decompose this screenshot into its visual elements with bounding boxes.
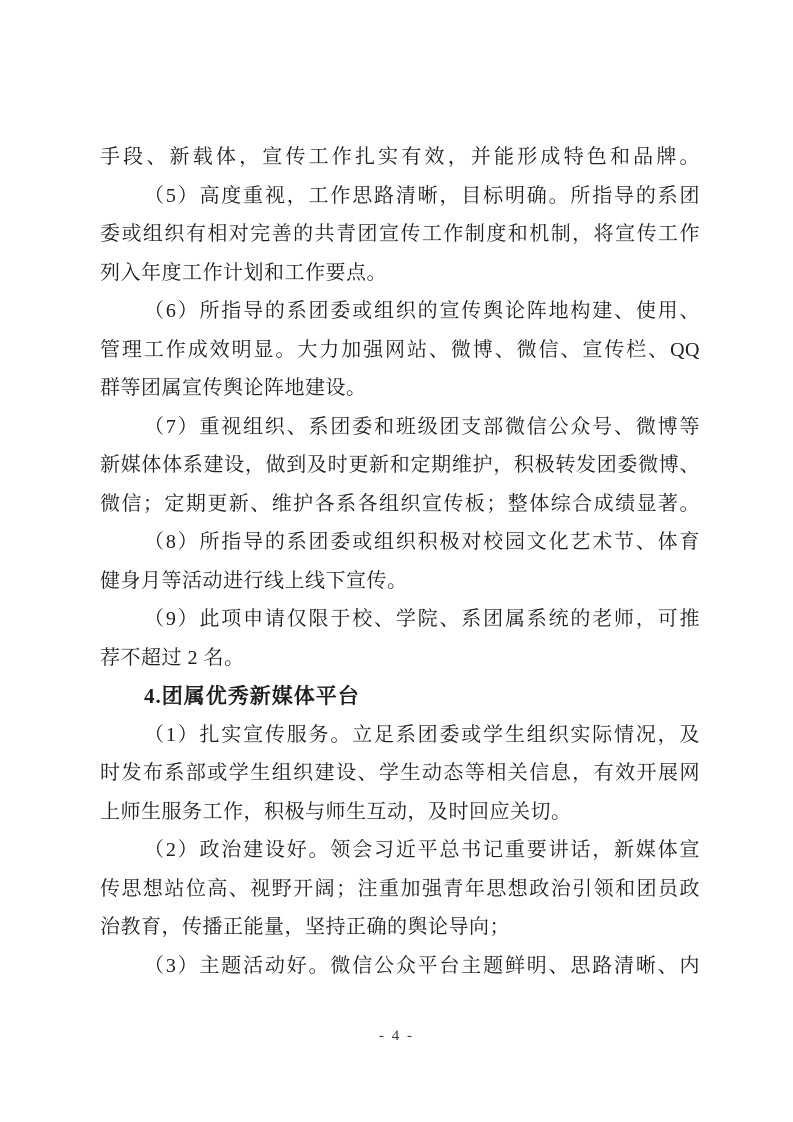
text-line: （5）高度重视，工作思路清晰，目标明确。所指导的系团 xyxy=(100,177,700,216)
text-line: 4.团属优秀新媒体平台 xyxy=(100,677,700,716)
text-line: 治教育，传播正能量，坚持正确的舆论导向； xyxy=(100,908,700,947)
paragraph: （7）重视组织、系团委和班级团支部微信公众号、微博等新媒体体系建设，做到及时更新… xyxy=(100,408,700,524)
text-line: 健身月等活动进行线上线下宣传。 xyxy=(100,562,700,601)
text-line: （8）所指导的系团委或组织积极对校园文化艺术节、体育 xyxy=(100,523,700,562)
text-line: 手段、新载体，宣传工作扎实有效，并能形成特色和品牌。 xyxy=(100,138,700,177)
text-line: （7）重视组织、系团委和班级团支部微信公众号、微博等 xyxy=(100,408,700,447)
paragraph: （6）所指导的系团委或组织的宣传舆论阵地构建、使用、管理工作成效明显。大力加强网… xyxy=(100,292,700,408)
text-line: 管理工作成效明显。大力加强网站、微博、微信、宣传栏、QQ xyxy=(100,331,700,370)
text-line: 传思想站位高、视野开阔；注重加强青年思想政治引领和团员政 xyxy=(100,870,700,909)
text-line: （9）此项申请仅限于校、学院、系团属系统的老师，可推 xyxy=(100,600,700,639)
text-line: 委或组织有相对完善的共青团宣传工作制度和机制，将宣传工作 xyxy=(100,215,700,254)
text-line: 微信；定期更新、维护各系各组织宣传板；整体综合成绩显著。 xyxy=(100,485,700,524)
paragraph: 手段、新载体，宣传工作扎实有效，并能形成特色和品牌。 xyxy=(100,138,700,177)
paragraph: （3）主题活动好。微信公众平台主题鲜明、思路清晰、内 xyxy=(100,947,700,986)
text-line: 时发布系部或学生组织建设、学生动态等相关信息，有效开展网 xyxy=(100,754,700,793)
text-line: （2）政治建设好。领会习近平总书记重要讲话，新媒体宣 xyxy=(100,831,700,870)
document-body: 手段、新载体，宣传工作扎实有效，并能形成特色和品牌。（5）高度重视，工作思路清晰… xyxy=(100,138,700,985)
text-line: （6）所指导的系团委或组织的宣传舆论阵地构建、使用、 xyxy=(100,292,700,331)
text-line: 上师生服务工作，积极与师生互动，及时回应关切。 xyxy=(100,793,700,832)
text-line: （1）扎实宣传服务。立足系团委或学生组织实际情况，及 xyxy=(100,716,700,755)
page-number: - 4 - xyxy=(0,1026,793,1046)
paragraph: （2）政治建设好。领会习近平总书记重要讲话，新媒体宣传思想站位高、视野开阔；注重… xyxy=(100,831,700,947)
text-line: 新媒体体系建设，做到及时更新和定期维护，积极转发团委微博、 xyxy=(100,446,700,485)
document-page: 手段、新载体，宣传工作扎实有效，并能形成特色和品牌。（5）高度重视，工作思路清晰… xyxy=(0,0,793,1122)
text-line: 荐不超过 2 名。 xyxy=(100,639,700,678)
paragraph: （5）高度重视，工作思路清晰，目标明确。所指导的系团委或组织有相对完善的共青团宣… xyxy=(100,177,700,293)
text-line: 群等团属宣传舆论阵地建设。 xyxy=(100,369,700,408)
section-heading: 4.团属优秀新媒体平台 xyxy=(100,677,700,716)
text-line: 列入年度工作计划和工作要点。 xyxy=(100,254,700,293)
text-line: （3）主题活动好。微信公众平台主题鲜明、思路清晰、内 xyxy=(100,947,700,986)
paragraph: （9）此项申请仅限于校、学院、系团属系统的老师，可推荐不超过 2 名。 xyxy=(100,600,700,677)
paragraph: （8）所指导的系团委或组织积极对校园文化艺术节、体育健身月等活动进行线上线下宣传… xyxy=(100,523,700,600)
paragraph: （1）扎实宣传服务。立足系团委或学生组织实际情况，及时发布系部或学生组织建设、学… xyxy=(100,716,700,832)
